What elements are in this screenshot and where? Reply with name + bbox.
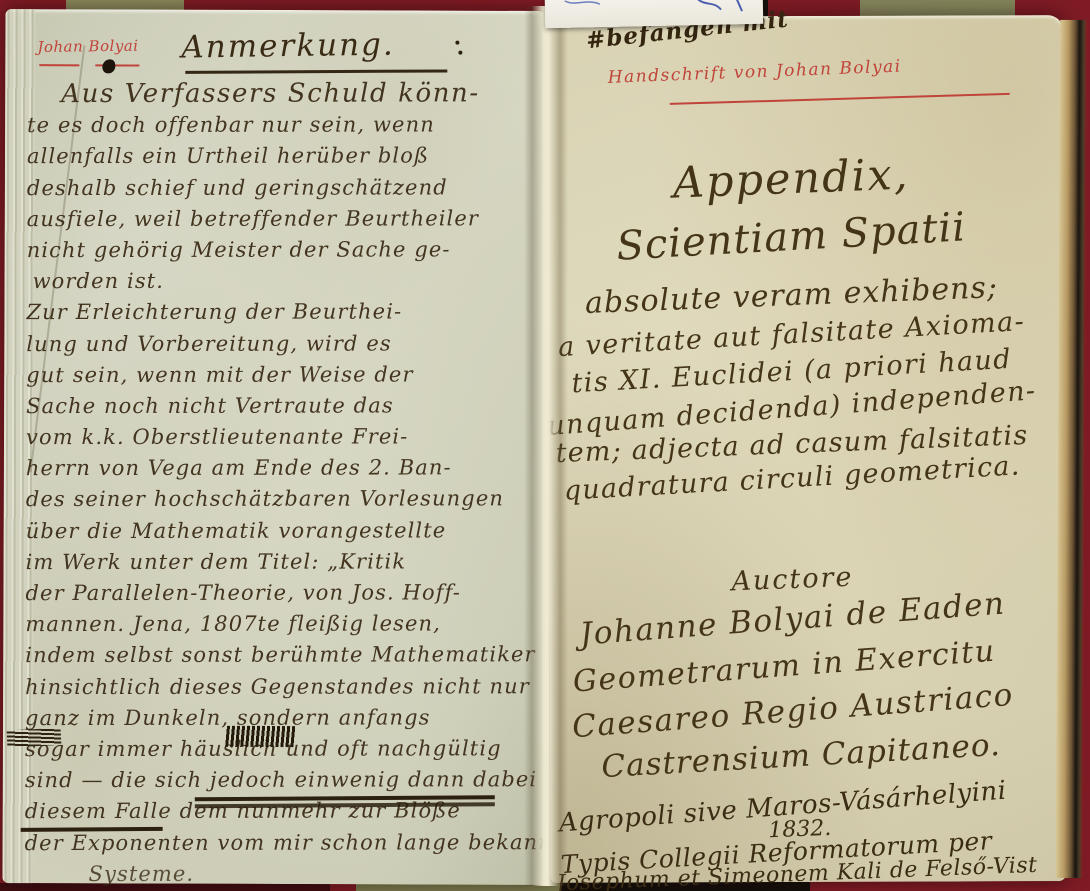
manuscript-line: gut sein, wenn mit der Weise der [26,359,538,391]
paper-slip [545,0,764,28]
title-line: Appendix, [671,150,909,209]
manuscript-line: Aus Verfassers Schuld könn- [27,78,539,110]
manuscript-line: herrn von Vega am Ende des 2. Ban- [26,452,538,484]
right-page: #befangen mit Handschrift von Johan Boly… [547,15,1066,883]
manuscript-line: te es doch offenbar nur sein, wenn [27,109,539,141]
author-heading: Auctore [730,562,853,598]
red-caption: Handschrift von Johan Bolyai [607,57,902,88]
crossed-out-scribble [7,728,62,748]
manuscript-line: Sache noch nicht Vertraute das [26,390,538,422]
blue-pen-marks [545,0,764,28]
manuscript-line: der Parallelen-Theorie, von Jos. Hoff- [25,577,537,609]
left-page: Johan Bolyai Anmerkung. Aus Verfassers S… [2,9,547,885]
manuscript-line: Systeme. [24,858,536,890]
title-line: Scientiam Spatii [615,204,967,269]
book-photo: Johan Bolyai Anmerkung. Aus Verfassers S… [0,0,1090,891]
page-heading: Anmerkung. [181,27,395,66]
manuscript-line: sind — die sich jedoch einwenig dann dab… [25,764,537,796]
manuscript-line: im Werk unter dem Titel: „Kritik [26,546,538,578]
manuscript-line: indem selbst sonst berühmte Mathematiker [25,640,537,672]
manuscript-line: hinsichtlich dieses Gegenstandes nicht n… [25,671,537,703]
manuscript-line: vom k.k. Oberstlieutenante Frei- [26,421,538,453]
manuscript-line: worden ist. [27,265,539,297]
manuscript-line: Zur Erleichterung der Beurthei- [26,297,538,329]
ink-dots [455,41,459,45]
book-page-edges [1056,20,1087,878]
red-underline-dash [39,64,79,66]
manuscript-line: deshalb schief und geringschätzend [27,172,539,204]
crossed-out-scribble [225,726,295,747]
ink-blot [102,59,115,73]
heading-underline [185,69,447,73]
owner-annotation-red: Johan Bolyai [37,37,138,56]
manuscript-line: des seiner hochschätzbaren Vorlesungen [26,484,538,516]
manuscript-line: ausfiele, weil betreffender Beurtheiler [27,203,539,235]
manuscript-line: lung und Vorbereitung, wird es [26,328,538,360]
manuscript-line: allenfalls ein Urtheil herüber bloß [27,141,539,173]
manuscript-line: nicht gehörig Meister der Sache ge- [27,234,539,266]
manuscript-line: mannen. Jena, 1807te fleißig lesen, [25,608,537,640]
book-gutter [524,6,568,886]
manuscript-line: der Exponenten vom mir schon lange bekan… [25,827,537,859]
red-underline [670,93,1010,105]
manuscript-line: über die Mathematik vorangestellte [26,515,538,547]
manuscript-text: Aus Verfassers Schuld könn- te es doch o… [24,79,539,891]
